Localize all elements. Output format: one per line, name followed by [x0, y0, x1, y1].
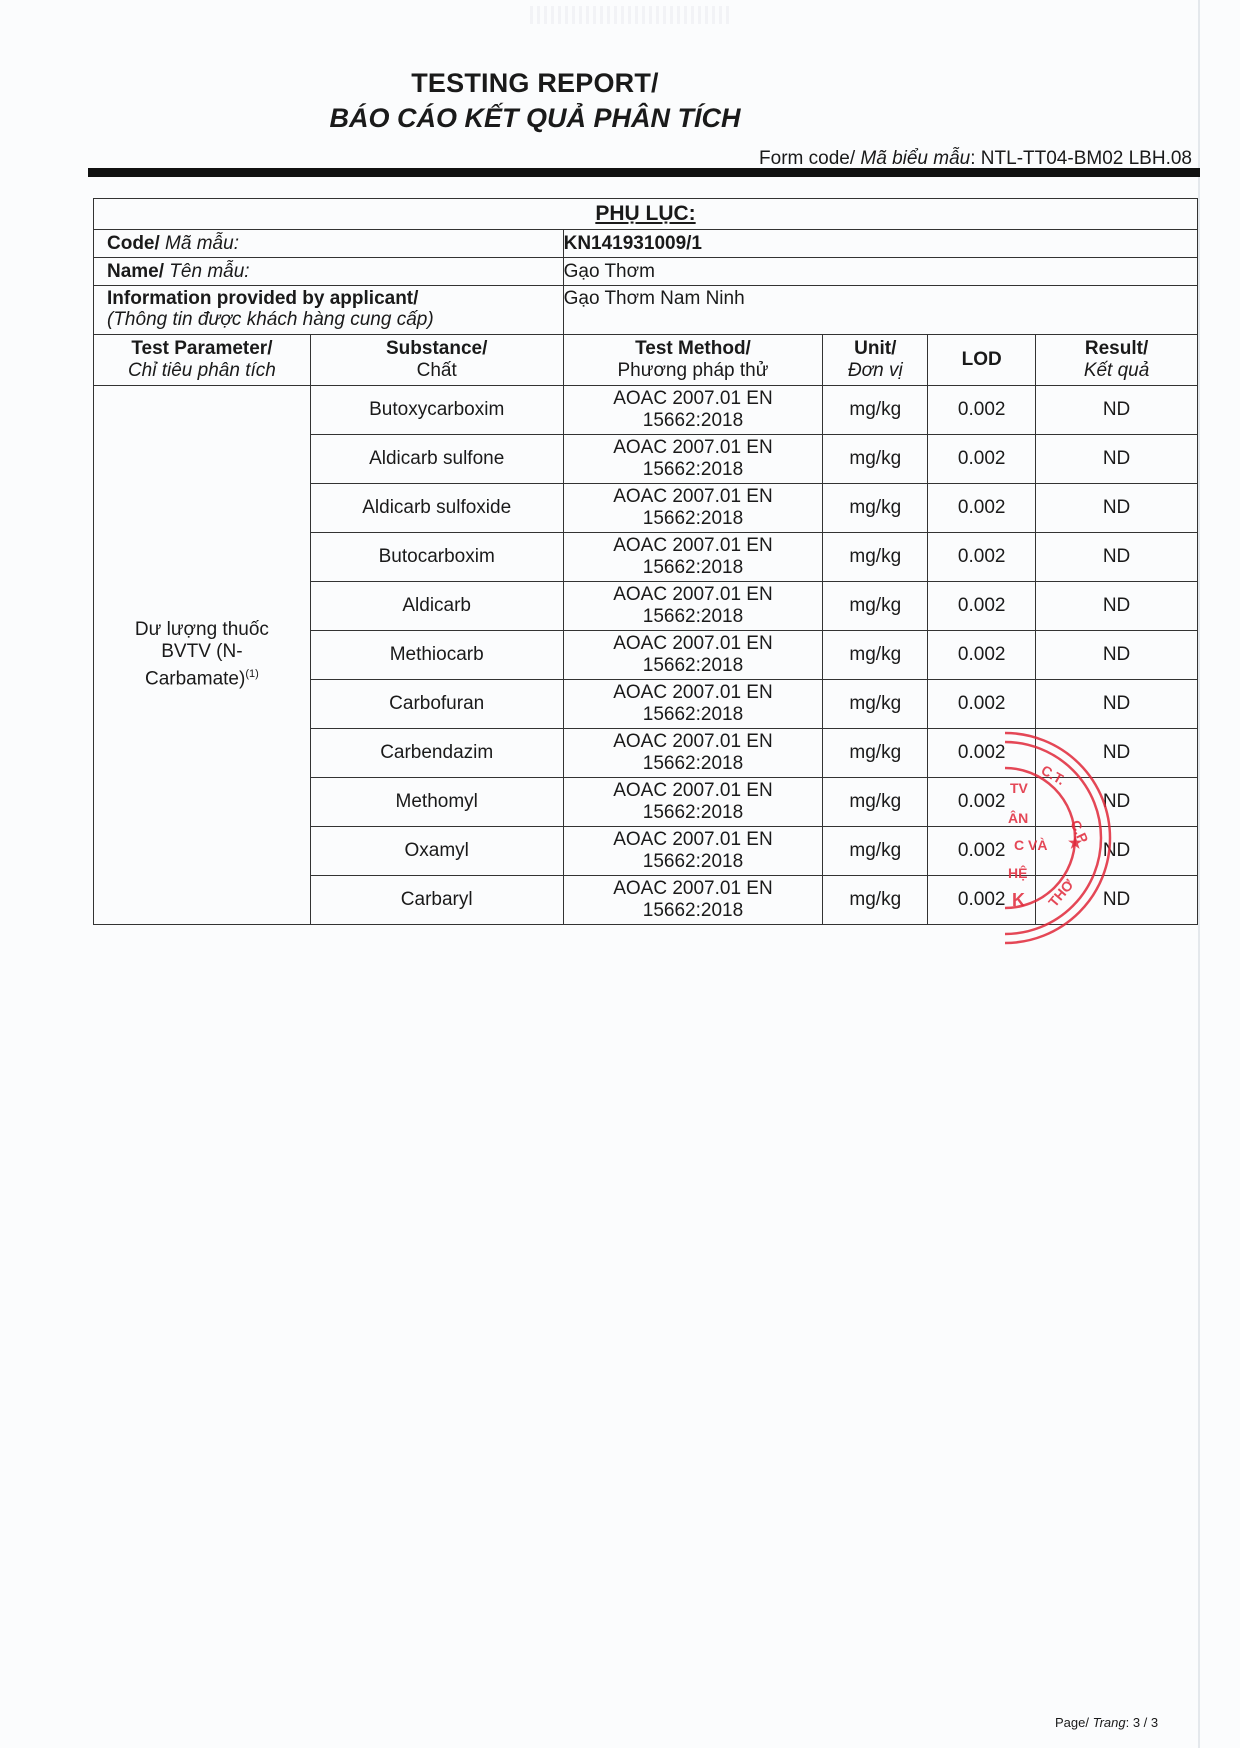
form-code-label: Form code/ — [759, 148, 860, 169]
lod-cell: 0.002 — [928, 827, 1036, 876]
test-parameter-cell: Dư lượng thuốcBVTV (N-Carbamate)(1) — [94, 386, 311, 925]
method-cell: AOAC 2007.01 EN15662:2018 — [563, 631, 823, 680]
lod-cell: 0.002 — [928, 386, 1036, 435]
col-result: Result/Kết quả — [1036, 335, 1198, 386]
lod-cell: 0.002 — [928, 484, 1036, 533]
unit-cell: mg/kg — [823, 729, 928, 778]
substance-cell: Butocarboxim — [310, 533, 563, 582]
result-cell: ND — [1036, 582, 1198, 631]
report-title: TESTING REPORT/ BÁO CÁO KẾT QUẢ PHÂN TÍC… — [0, 68, 1240, 134]
name-label: Name/ Tên mẫu: — [94, 258, 564, 286]
form-code-value: : NTL-TT04-BM02 LBH.08 — [970, 148, 1192, 169]
unit-cell: mg/kg — [823, 680, 928, 729]
unit-cell: mg/kg — [823, 778, 928, 827]
substance-cell: Carbofuran — [310, 680, 563, 729]
method-cell: AOAC 2007.01 EN15662:2018 — [563, 876, 823, 925]
lod-cell: 0.002 — [928, 876, 1036, 925]
unit-cell: mg/kg — [823, 386, 928, 435]
result-cell: ND — [1036, 484, 1198, 533]
result-cell: ND — [1036, 533, 1198, 582]
method-cell: AOAC 2007.01 EN15662:2018 — [563, 386, 823, 435]
method-cell: AOAC 2007.01 EN15662:2018 — [563, 484, 823, 533]
unit-cell: mg/kg — [823, 582, 928, 631]
substance-cell: Carbendazim — [310, 729, 563, 778]
result-cell: ND — [1036, 827, 1198, 876]
unit-cell: mg/kg — [823, 876, 928, 925]
result-cell: ND — [1036, 778, 1198, 827]
substance-cell: Oxamyl — [310, 827, 563, 876]
page-edge — [1198, 0, 1200, 1748]
result-cell: ND — [1036, 680, 1198, 729]
col-test-parameter: Test Parameter/Chỉ tiêu phân tích — [94, 335, 311, 386]
sample-name: Gạo Thơm — [563, 258, 1197, 286]
unit-cell: mg/kg — [823, 631, 928, 680]
applicant-info-value: Gạo Thơm Nam Ninh — [563, 286, 1197, 335]
result-cell: ND — [1036, 729, 1198, 778]
code-label: Code/ Mã mẫu: — [94, 230, 564, 258]
title-vietnamese: BÁO CÁO KẾT QUẢ PHÂN TÍCH — [270, 103, 800, 134]
appendix-title: PHỤ LỤC: — [94, 199, 1198, 230]
header-rule — [88, 168, 1200, 177]
col-substance: Substance/Chất — [310, 335, 563, 386]
method-cell: AOAC 2007.01 EN15662:2018 — [563, 582, 823, 631]
applicant-info-label: Information provided by applicant/(Thông… — [94, 286, 564, 335]
substance-cell: Methomyl — [310, 778, 563, 827]
method-cell: AOAC 2007.01 EN15662:2018 — [563, 827, 823, 876]
title-english: TESTING REPORT/ — [270, 68, 800, 99]
result-cell: ND — [1036, 386, 1198, 435]
scan-artifact — [530, 6, 730, 24]
results-table: PHỤ LỤC: Code/ Mã mẫu: KN141931009/1 Nam… — [93, 198, 1198, 925]
method-cell: AOAC 2007.01 EN15662:2018 — [563, 680, 823, 729]
result-cell: ND — [1036, 435, 1198, 484]
table-row: Dư lượng thuốcBVTV (N-Carbamate)(1)Butox… — [94, 386, 1198, 435]
substance-cell: Aldicarb sulfoxide — [310, 484, 563, 533]
substance-cell: Methiocarb — [310, 631, 563, 680]
form-code: Form code/ Mã biểu mẫu: NTL-TT04-BM02 LB… — [759, 148, 1192, 170]
lod-cell: 0.002 — [928, 582, 1036, 631]
page-number: Page/ Trang: 3 / 3 — [1055, 1715, 1158, 1730]
method-cell: AOAC 2007.01 EN15662:2018 — [563, 729, 823, 778]
lod-cell: 0.002 — [928, 680, 1036, 729]
lod-cell: 0.002 — [928, 729, 1036, 778]
unit-cell: mg/kg — [823, 827, 928, 876]
lod-cell: 0.002 — [928, 778, 1036, 827]
unit-cell: mg/kg — [823, 484, 928, 533]
lod-cell: 0.002 — [928, 435, 1036, 484]
lod-cell: 0.002 — [928, 533, 1036, 582]
col-lod: LOD — [928, 335, 1036, 386]
table-header: Test Parameter/Chỉ tiêu phân tích Substa… — [94, 335, 1198, 386]
method-cell: AOAC 2007.01 EN15662:2018 — [563, 533, 823, 582]
lod-cell: 0.002 — [928, 631, 1036, 680]
col-unit: Unit/Đơn vị — [823, 335, 928, 386]
col-test-method: Test Method/Phương pháp thử — [563, 335, 823, 386]
substance-cell: Aldicarb sulfone — [310, 435, 563, 484]
substance-cell: Aldicarb — [310, 582, 563, 631]
result-cell: ND — [1036, 631, 1198, 680]
unit-cell: mg/kg — [823, 533, 928, 582]
substance-cell: Carbaryl — [310, 876, 563, 925]
method-cell: AOAC 2007.01 EN15662:2018 — [563, 778, 823, 827]
method-cell: AOAC 2007.01 EN15662:2018 — [563, 435, 823, 484]
sample-code: KN141931009/1 — [563, 230, 1197, 258]
substance-cell: Butoxycarboxim — [310, 386, 563, 435]
unit-cell: mg/kg — [823, 435, 928, 484]
result-cell: ND — [1036, 876, 1198, 925]
form-code-label-vn: Mã biểu mẫu — [860, 148, 970, 169]
